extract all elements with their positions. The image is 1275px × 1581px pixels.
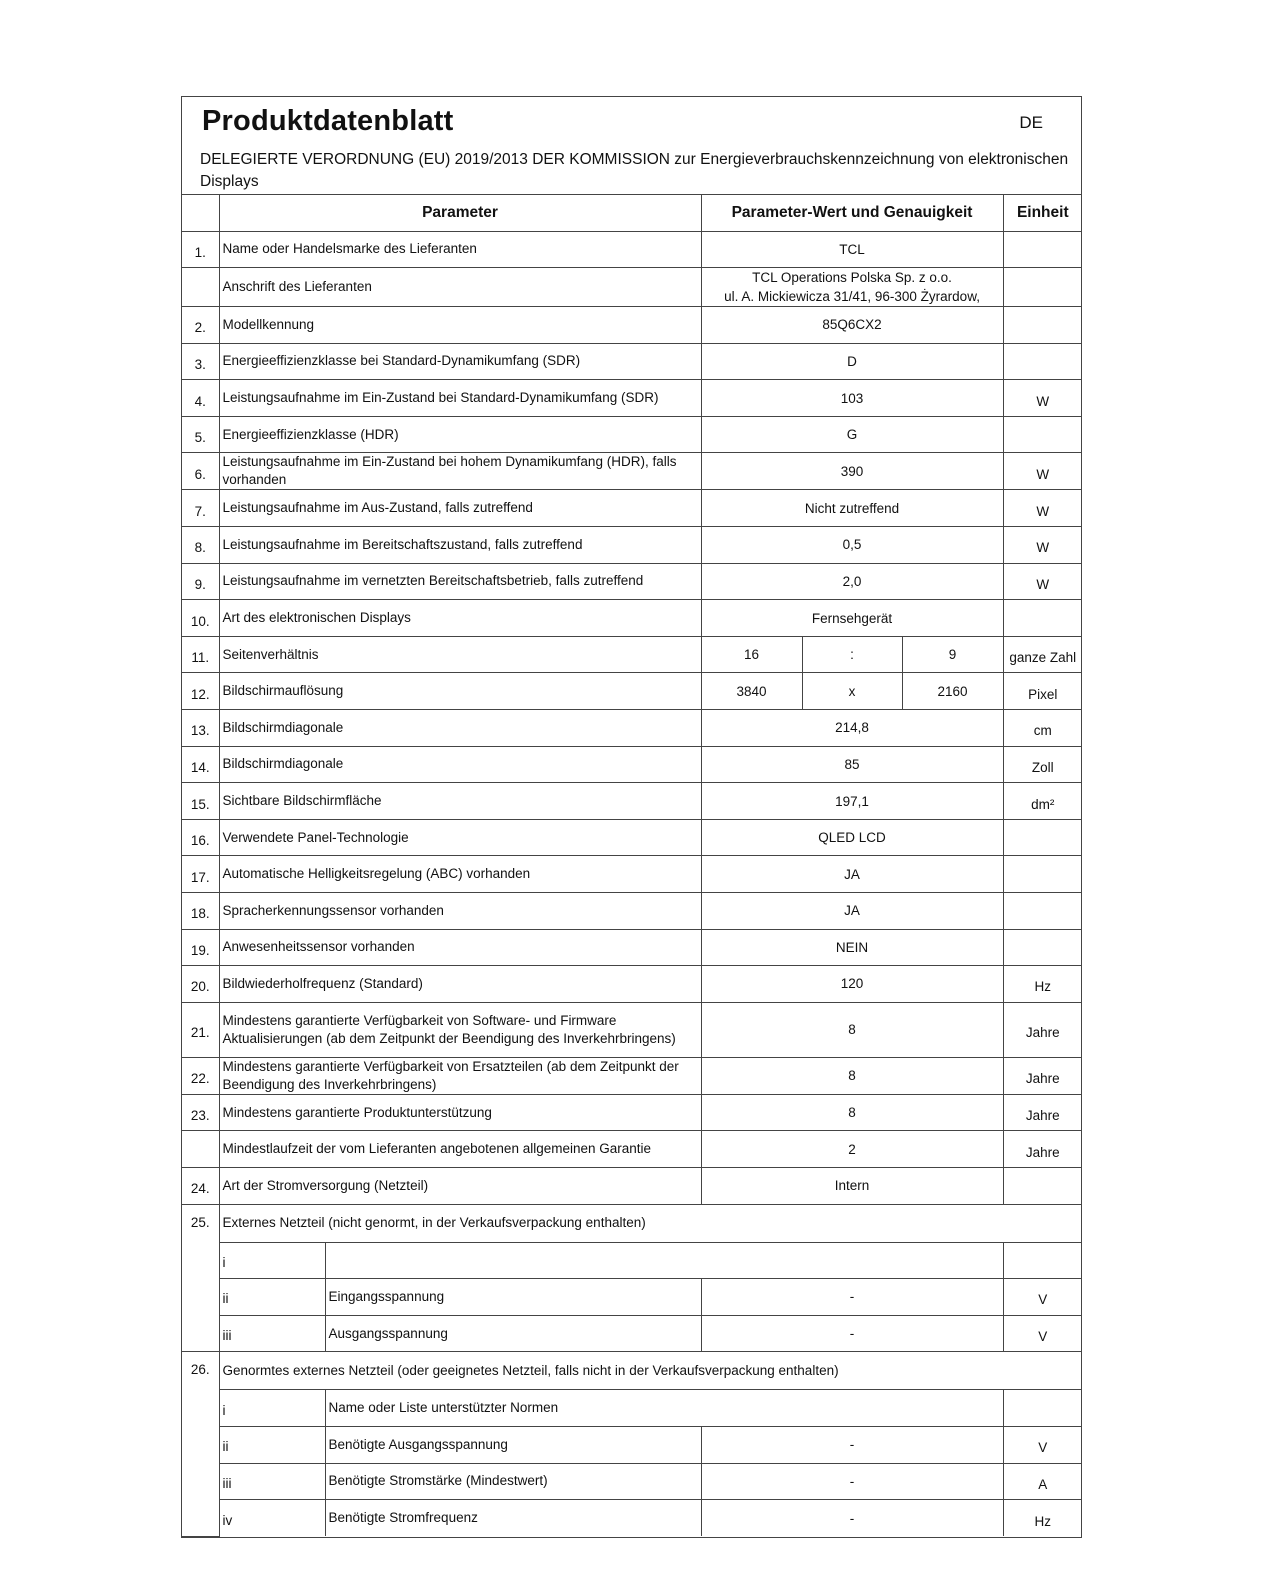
- row-number: 4.: [182, 380, 219, 417]
- table-row: Mindestlaufzeit der vom Lieferanten ange…: [182, 1131, 1082, 1168]
- table-row: Anschrift des LieferantenTCL Operations …: [182, 268, 1082, 307]
- sub-unit: V: [1003, 1315, 1082, 1352]
- sub-unit: Hz: [1003, 1500, 1082, 1537]
- parameter-label: Anwesenheitssensor vorhanden: [219, 929, 701, 966]
- row-number: 16.: [182, 819, 219, 856]
- table-row: 8.Leistungsaufnahme im Bereitschaftszust…: [182, 527, 1082, 564]
- parameter-value: JA: [701, 893, 1003, 930]
- parameter-value: JA: [701, 856, 1003, 893]
- table-row: 6.Leistungsaufnahme im Ein-Zustand bei h…: [182, 453, 1082, 490]
- sub-index: i: [219, 1242, 325, 1279]
- parameter-unit: [1003, 856, 1082, 893]
- parameter-value: 2: [701, 1131, 1003, 1168]
- sub-unit: V: [1003, 1426, 1082, 1463]
- row-number: 3.: [182, 343, 219, 380]
- parameter-unit: [1003, 1167, 1082, 1204]
- row-number: 13.: [182, 710, 219, 747]
- parameter-value: 120: [701, 966, 1003, 1003]
- table-row: 5.Energieeffizienzklasse (HDR)G: [182, 416, 1082, 453]
- sub-value: -: [701, 1315, 1003, 1352]
- parameter-unit: W: [1003, 563, 1082, 600]
- parameter-value: 85: [701, 746, 1003, 783]
- parameter-label: Spracherkennungssensor vorhanden: [219, 893, 701, 930]
- parameter-unit: [1003, 929, 1082, 966]
- table-row: 16.Verwendete Panel-TechnologieQLED LCD: [182, 819, 1082, 856]
- parameter-value: 8: [701, 1002, 1003, 1057]
- parameter-label: Mindestens garantierte Produktunterstütz…: [219, 1094, 701, 1131]
- parameter-label: Mindestens garantierte Verfügbarkeit von…: [219, 1002, 701, 1057]
- parameter-value: Intern: [701, 1167, 1003, 1204]
- product-data-sheet: Produktdatenblatt DE DELEGIERTE VERORDNU…: [181, 96, 1082, 1538]
- parameter-value: TCL: [701, 231, 1003, 268]
- parameter-label: Name oder Handelsmarke des Lieferanten: [219, 231, 701, 268]
- header-unit: Einheit: [1003, 195, 1082, 231]
- parameter-unit: W: [1003, 490, 1082, 527]
- table-row: 1.Name oder Handelsmarke des Lieferanten…: [182, 231, 1082, 268]
- parameter-label: Leistungsaufnahme im Ein-Zustand bei hoh…: [219, 453, 701, 490]
- row-number: 2.: [182, 307, 219, 344]
- regulation-reference: DELEGIERTE VERORDNUNG (EU) 2019/2013 DER…: [200, 149, 1075, 193]
- table-row: 10.Art des elektronischen DisplaysFernse…: [182, 600, 1082, 637]
- parameter-unit: ganze Zahl: [1003, 636, 1082, 673]
- parameter-unit: W: [1003, 453, 1082, 490]
- sub-unit: [1003, 1242, 1082, 1279]
- row-number: 9.: [182, 563, 219, 600]
- sub-index: ii: [219, 1279, 325, 1316]
- parameter-unit: [1003, 307, 1082, 344]
- value-part-a: 3840: [701, 673, 802, 710]
- sub-label: Name oder Liste unterstützter Normen: [325, 1390, 1003, 1427]
- parameter-value: 8: [701, 1094, 1003, 1131]
- sub-value: -: [701, 1279, 1003, 1316]
- value-separator: x: [802, 673, 902, 710]
- parameter-unit: [1003, 268, 1082, 307]
- row-number: 18.: [182, 893, 219, 930]
- row-number: 8.: [182, 527, 219, 564]
- resolution-row: 12.Bildschirmauflösung3840x2160Pixel: [182, 673, 1082, 710]
- table-row: 22.Mindestens garantierte Verfügbarkeit …: [182, 1057, 1082, 1094]
- sub-row: i: [182, 1242, 1082, 1279]
- row-number: [182, 1131, 219, 1168]
- sub-row: iiiAusgangsspannung-V: [182, 1315, 1082, 1352]
- parameter-value: 103: [701, 380, 1003, 417]
- parameter-unit: Jahre: [1003, 1002, 1082, 1057]
- parameter-unit: Jahre: [1003, 1057, 1082, 1094]
- group-title: Externes Netzteil (nicht genormt, in der…: [219, 1204, 1082, 1242]
- parameter-unit: W: [1003, 380, 1082, 417]
- value-separator: :: [802, 636, 902, 673]
- table-row: 13.Bildschirmdiagonale214,8cm: [182, 710, 1082, 747]
- value-part-b: 2160: [902, 673, 1003, 710]
- table-row: 4.Leistungsaufnahme im Ein-Zustand bei S…: [182, 380, 1082, 417]
- parameter-unit: [1003, 893, 1082, 930]
- sub-label: Eingangsspannung: [325, 1279, 701, 1316]
- sub-index: iv: [219, 1500, 325, 1537]
- parameter-unit: [1003, 343, 1082, 380]
- parameter-unit: [1003, 819, 1082, 856]
- parameter-value: 197,1: [701, 783, 1003, 820]
- sub-index: iii: [219, 1463, 325, 1500]
- parameter-value: Nicht zutreffend: [701, 490, 1003, 527]
- row-number: 20.: [182, 966, 219, 1003]
- row-number: 24.: [182, 1167, 219, 1204]
- external-psu-title-row: 25.Externes Netzteil (nicht genormt, in …: [182, 1204, 1082, 1242]
- parameter-label: Verwendete Panel-Technologie: [219, 819, 701, 856]
- parameter-label: Anschrift des Lieferanten: [219, 268, 701, 307]
- parameter-unit: Zoll: [1003, 746, 1082, 783]
- row-number: 5.: [182, 416, 219, 453]
- parameter-label: Seitenverhältnis: [219, 636, 701, 673]
- parameter-unit: [1003, 600, 1082, 637]
- parameter-label: Sichtbare Bildschirmfläche: [219, 783, 701, 820]
- table-row: 3.Energieeffizienzklasse bei Standard-Dy…: [182, 343, 1082, 380]
- sub-index: ii: [219, 1426, 325, 1463]
- group-title: Genormtes externes Netzteil (oder geeign…: [219, 1352, 1082, 1390]
- header-parameter: Parameter: [219, 195, 701, 231]
- row-number: 21.: [182, 1002, 219, 1057]
- row-number: 11.: [182, 636, 219, 673]
- sub-value: -: [701, 1500, 1003, 1537]
- table-row: 9.Leistungsaufnahme im vernetzten Bereit…: [182, 563, 1082, 600]
- parameter-label: Energieeffizienzklasse (HDR): [219, 416, 701, 453]
- parameter-label: Mindestens garantierte Verfügbarkeit von…: [219, 1057, 701, 1094]
- table-row: 19.Anwesenheitssensor vorhandenNEIN: [182, 929, 1082, 966]
- parameter-label: Bildschirmdiagonale: [219, 746, 701, 783]
- parameter-value: Fernsehgerät: [701, 600, 1003, 637]
- parameter-unit: Pixel: [1003, 673, 1082, 710]
- header-value: Parameter-Wert und Genauigkeit: [701, 195, 1003, 231]
- sub-label: Benötigte Stromstärke (Mindestwert): [325, 1463, 701, 1500]
- parameter-value: NEIN: [701, 929, 1003, 966]
- parameter-unit: dm²: [1003, 783, 1082, 820]
- parameter-value: TCL Operations Polska Sp. z o.o. ul. A. …: [701, 268, 1003, 307]
- sub-value: -: [701, 1426, 1003, 1463]
- parameter-value: 0,5: [701, 527, 1003, 564]
- table-row: 17.Automatische Helligkeitsregelung (ABC…: [182, 856, 1082, 893]
- table-row: 7.Leistungsaufnahme im Aus-Zustand, fall…: [182, 490, 1082, 527]
- table-row: 14.Bildschirmdiagonale85Zoll: [182, 746, 1082, 783]
- sub-label: Benötigte Stromfrequenz: [325, 1500, 701, 1537]
- language-code: DE: [1019, 113, 1043, 133]
- parameter-label: Leistungsaufnahme im Aus-Zustand, falls …: [219, 490, 701, 527]
- sub-index: iii: [219, 1315, 325, 1352]
- parameter-label: Bildschirmauflösung: [219, 673, 701, 710]
- page-title: Produktdatenblatt: [202, 105, 454, 138]
- parameter-label: Automatische Helligkeitsregelung (ABC) v…: [219, 856, 701, 893]
- parameter-label: Leistungsaufnahme im Bereitschaftszustan…: [219, 527, 701, 564]
- sub-label: Benötigte Ausgangsspannung: [325, 1426, 701, 1463]
- aspect-row: 11.Seitenverhältnis16:9ganze Zahl: [182, 636, 1082, 673]
- parameter-value: QLED LCD: [701, 819, 1003, 856]
- row-number: 19.: [182, 929, 219, 966]
- parameter-label: Bildschirmdiagonale: [219, 710, 701, 747]
- table-row: 21.Mindestens garantierte Verfügbarkeit …: [182, 1002, 1082, 1057]
- sub-row: ivBenötigte Stromfrequenz-Hz: [182, 1500, 1082, 1537]
- header-num: [182, 195, 219, 231]
- row-number: 15.: [182, 783, 219, 820]
- sub-label: Ausgangsspannung: [325, 1315, 701, 1352]
- sub-unit: A: [1003, 1463, 1082, 1500]
- row-number: 1.: [182, 231, 219, 268]
- row-number: 26.: [182, 1352, 219, 1536]
- parameter-label: Modellkennung: [219, 307, 701, 344]
- parameter-label: Art der Stromversorgung (Netzteil): [219, 1167, 701, 1204]
- row-number: [182, 268, 219, 307]
- row-number: 23.: [182, 1094, 219, 1131]
- sub-unit: V: [1003, 1279, 1082, 1316]
- standard-psu-title-row: 26.Genormtes externes Netzteil (oder gee…: [182, 1352, 1082, 1390]
- sub-row: iiBenötigte Ausgangsspannung-V: [182, 1426, 1082, 1463]
- sheet-header: Produktdatenblatt DE DELEGIERTE VERORDNU…: [182, 97, 1081, 195]
- parameter-value: 85Q6CX2: [701, 307, 1003, 344]
- parameter-unit: W: [1003, 527, 1082, 564]
- parameter-label: Bildwiederholfrequenz (Standard): [219, 966, 701, 1003]
- parameter-value: 390: [701, 453, 1003, 490]
- parameter-table: Parameter Parameter-Wert und Genauigkeit…: [182, 195, 1082, 1537]
- value-part-b: 9: [902, 636, 1003, 673]
- sub-row: iiiBenötigte Stromstärke (Mindestwert)-A: [182, 1463, 1082, 1500]
- sub-value: -: [701, 1463, 1003, 1500]
- table-row: 20.Bildwiederholfrequenz (Standard)120Hz: [182, 966, 1082, 1003]
- table-row: 24.Art der Stromversorgung (Netzteil)Int…: [182, 1167, 1082, 1204]
- parameter-value: D: [701, 343, 1003, 380]
- parameter-unit: [1003, 416, 1082, 453]
- sub-label: [325, 1242, 1003, 1279]
- parameter-label: Leistungsaufnahme im Ein-Zustand bei Sta…: [219, 380, 701, 417]
- parameter-label: Energieeffizienzklasse bei Standard-Dyna…: [219, 343, 701, 380]
- table-header-row: Parameter Parameter-Wert und Genauigkeit…: [182, 195, 1082, 231]
- value-part-a: 16: [701, 636, 802, 673]
- table-row: 15.Sichtbare Bildschirmfläche197,1dm²: [182, 783, 1082, 820]
- row-number: 14.: [182, 746, 219, 783]
- table-row: 23.Mindestens garantierte Produktunterst…: [182, 1094, 1082, 1131]
- row-number: 12.: [182, 673, 219, 710]
- parameter-label: Mindestlaufzeit der vom Lieferanten ange…: [219, 1131, 701, 1168]
- parameter-unit: [1003, 231, 1082, 268]
- table-row: 2.Modellkennung85Q6CX2: [182, 307, 1082, 344]
- sub-unit: [1003, 1390, 1082, 1427]
- table-row: 18.Spracherkennungssensor vorhandenJA: [182, 893, 1082, 930]
- parameter-value: G: [701, 416, 1003, 453]
- row-number: 17.: [182, 856, 219, 893]
- parameter-value: 214,8: [701, 710, 1003, 747]
- sub-row: iName oder Liste unterstützter Normen: [182, 1390, 1082, 1427]
- parameter-value: 2,0: [701, 563, 1003, 600]
- row-number: 22.: [182, 1057, 219, 1094]
- row-number: 10.: [182, 600, 219, 637]
- row-number: 6.: [182, 453, 219, 490]
- parameter-label: Art des elektronischen Displays: [219, 600, 701, 637]
- parameter-value: 8: [701, 1057, 1003, 1094]
- parameter-unit: Jahre: [1003, 1131, 1082, 1168]
- sub-index: i: [219, 1390, 325, 1427]
- sub-row: iiEingangsspannung-V: [182, 1279, 1082, 1316]
- parameter-label: Leistungsaufnahme im vernetzten Bereitsc…: [219, 563, 701, 600]
- parameter-unit: Hz: [1003, 966, 1082, 1003]
- parameter-unit: Jahre: [1003, 1094, 1082, 1131]
- row-number: 25.: [182, 1204, 219, 1352]
- parameter-unit: cm: [1003, 710, 1082, 747]
- row-number: 7.: [182, 490, 219, 527]
